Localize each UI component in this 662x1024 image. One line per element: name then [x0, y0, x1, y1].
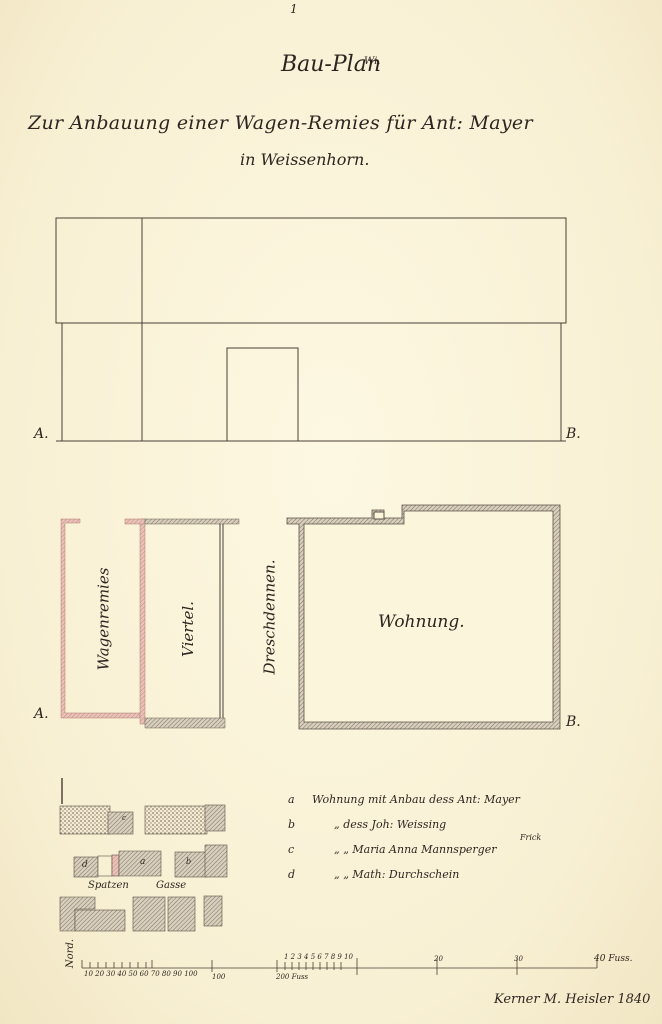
title-note: Wi. — [364, 56, 380, 67]
plan-label-b: B. — [566, 714, 581, 730]
site-lot-b: b — [186, 857, 191, 866]
site-lot-c: c — [122, 814, 126, 822]
scale-mid-label: 100 — [212, 973, 225, 981]
legend-key-b: b — [288, 818, 295, 831]
legend-text-c: „ „ Maria Anna Mannsperger — [334, 843, 496, 856]
room-label-viertel: Viertel. — [179, 601, 197, 657]
scale-end-label: 40 Fuss. — [594, 954, 632, 964]
legend-correction-c: Frick — [520, 833, 541, 842]
elevation-view — [56, 218, 566, 441]
legend-text-b: „ dess Joh: Weissing — [334, 818, 446, 831]
scale-fine-ticks: 1 2 3 4 5 6 7 8 9 10 — [284, 953, 353, 961]
legend-text-d: „ „ Math: Durchschein — [334, 868, 459, 881]
scale-tick-20: 20 — [434, 955, 443, 963]
plan-label-a: A. — [34, 706, 49, 722]
scale-tick-30: 30 — [514, 955, 523, 963]
scale-mid-label-2: 200 Fuss — [276, 973, 308, 981]
street-label-gasse: Gasse — [156, 880, 186, 891]
scale-small-ticks: 10 20 30 40 50 60 70 80 90 100 — [84, 970, 198, 978]
legend-key-c: c — [288, 843, 294, 856]
room-label-dreschdennen: Dreschdennen. — [260, 560, 278, 675]
street-label-spatzen: Spatzen — [88, 880, 129, 891]
elevation-label-a: A. — [34, 426, 49, 442]
legend-text-a: Wohnung mit Anbau dess Ant: Mayer — [312, 793, 520, 806]
north-label: Nord. — [65, 939, 76, 968]
site-lot-d: d — [82, 860, 88, 870]
architectural-drawing — [0, 0, 662, 1024]
legend-key-a: a — [288, 793, 295, 806]
room-label-wohnung: Wohnung. — [378, 612, 465, 632]
legend-key-d: d — [288, 868, 295, 881]
site-lot-a: a — [140, 857, 145, 867]
site-plan — [60, 778, 227, 931]
elevation-label-b: B. — [566, 426, 581, 442]
floor-plan — [61, 505, 560, 729]
signature: Kerner M. Heisler 1840 — [494, 992, 650, 1007]
room-label-wagenremies: Wagenremies — [94, 568, 112, 671]
